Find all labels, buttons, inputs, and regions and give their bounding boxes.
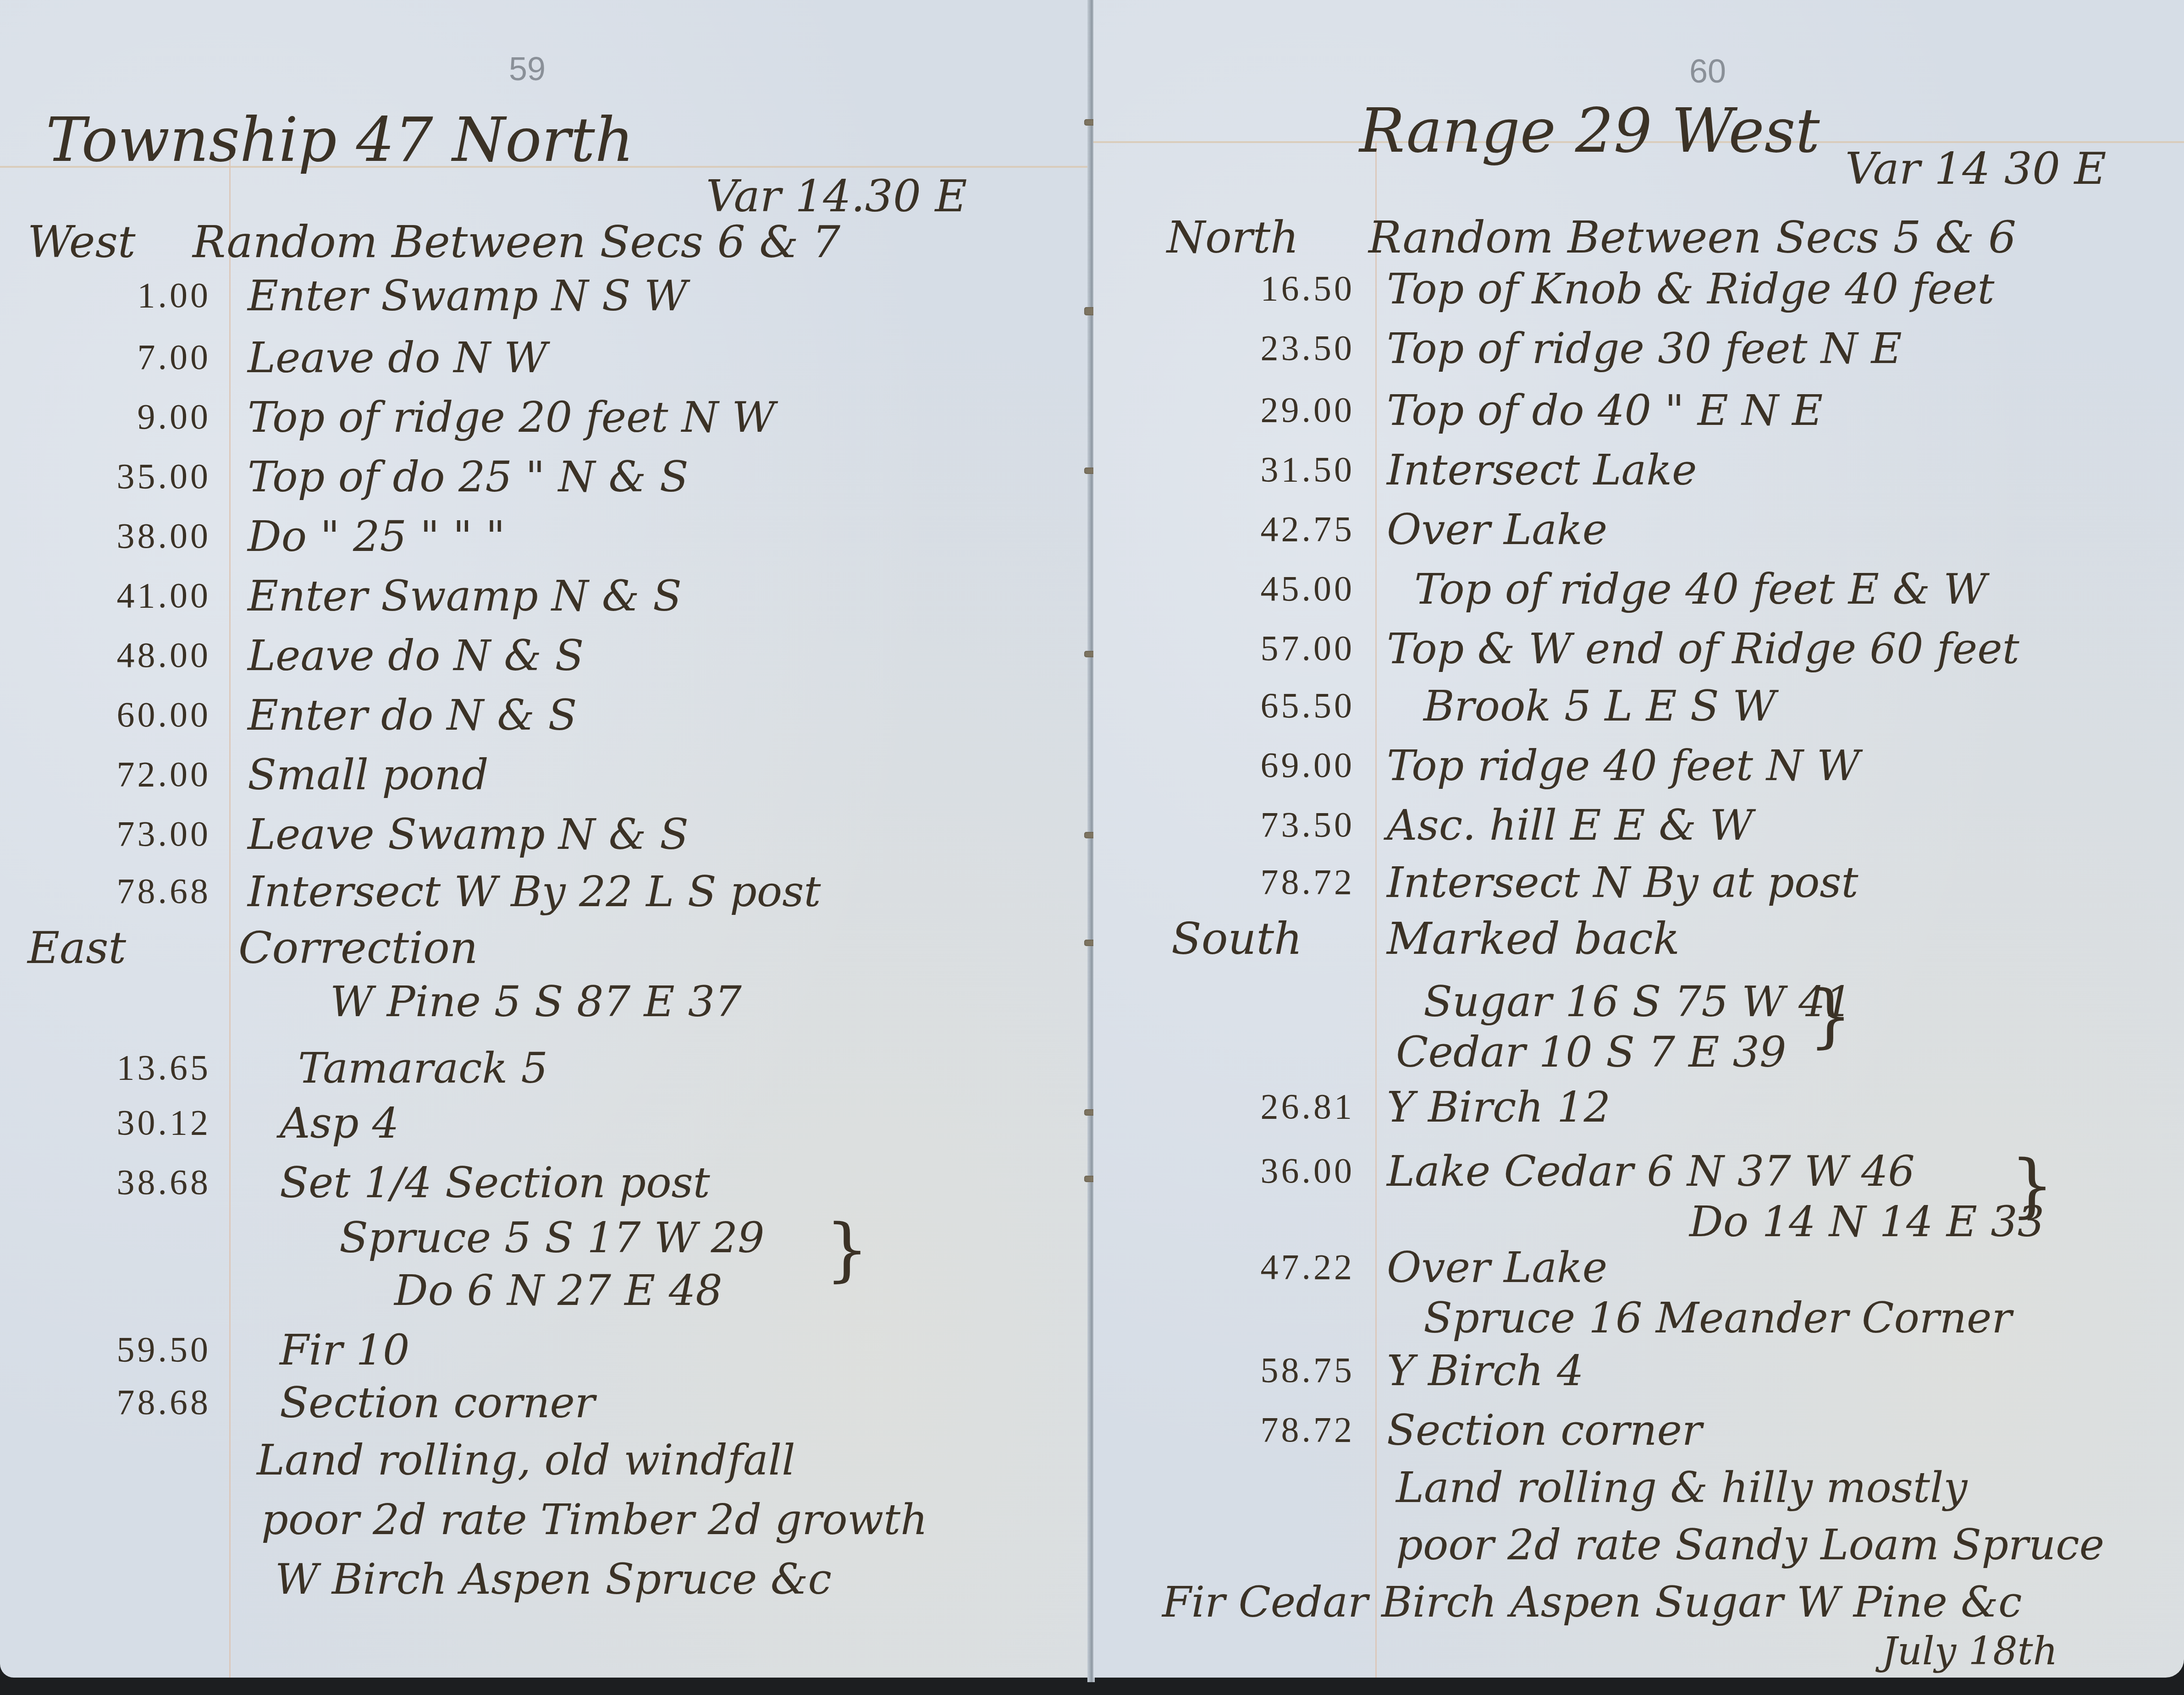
- margin-rule: [229, 147, 231, 1678]
- page-number: 60: [1689, 53, 1726, 90]
- entry-note: Top of ridge 20 feet N W: [248, 396, 775, 439]
- field-notebook-spread: 59 Township 47 North Var 14.30 E West Ra…: [0, 0, 2184, 1695]
- chain-value: 26.81: [1158, 1089, 1355, 1124]
- entry-note: Intersect N By at post: [1387, 862, 1859, 904]
- line-heading: Random Between Secs 5 & 6: [1368, 215, 2016, 259]
- entry-note: Y Birch 4: [1387, 1350, 1584, 1392]
- chain-value: 23.50: [1158, 330, 1355, 366]
- return-heading: Marked back: [1387, 917, 1680, 961]
- summary-line: poor 2d rate Timber 2d growth: [261, 1499, 928, 1541]
- bearing-tree-note: Cedar 10 S 7 E 39: [1396, 1031, 1787, 1073]
- chain-value: 78.72: [1158, 864, 1355, 900]
- summary-line: poor 2d rate Sandy Loam Spruce: [1396, 1524, 2104, 1566]
- chain-value: 57.00: [1158, 630, 1355, 666]
- entry-note: Over Lake: [1387, 1247, 1607, 1289]
- entry-note: Top of ridge 30 feet N E: [1387, 328, 1902, 370]
- summary-line: W Birch Aspen Spruce &c: [275, 1558, 832, 1601]
- entry-note: Enter do N & S: [248, 694, 577, 737]
- chain-value: 38.00: [14, 518, 211, 554]
- meander-corner-note: Spruce 16 Meander Corner: [1423, 1297, 2012, 1339]
- entry-note: Asp 4: [280, 1102, 399, 1145]
- entry-note: Y Birch 12: [1387, 1086, 1610, 1128]
- chain-value: 65.50: [1158, 688, 1355, 723]
- entry-note: Set 1/4 Section post: [280, 1162, 710, 1204]
- bracket-glyph: }: [2010, 1146, 2054, 1226]
- entry-note: Over Lake: [1387, 509, 1607, 551]
- entry-note: Section corner: [280, 1382, 595, 1424]
- entry-note: Top of do 40 " E N E: [1387, 390, 1823, 432]
- entry-note: Top of Knob & Ridge 40 feet: [1387, 268, 1994, 310]
- chain-value: 60.00: [14, 697, 211, 732]
- chain-value: 41.00: [14, 578, 211, 613]
- chain-value: 48.00: [14, 637, 211, 673]
- page-number: 59: [509, 50, 546, 88]
- chain-value: 29.00: [1158, 392, 1355, 428]
- entry-note: Brook 5 L E S W: [1423, 685, 1776, 727]
- bearing-tree-note: Spruce 5 S 17 W 29: [339, 1217, 765, 1259]
- chain-value: 31.50: [1158, 451, 1355, 487]
- chain-value: 36.00: [1158, 1153, 1355, 1189]
- chain-value: 72.00: [14, 756, 211, 792]
- chain-value: 78.68: [14, 873, 211, 909]
- bracket-glyph: }: [1809, 976, 1852, 1056]
- entry-note: Lake Cedar 6 N 37 W 46: [1387, 1150, 1915, 1193]
- chain-value: 30.12: [14, 1105, 211, 1140]
- chain-value: 78.72: [1158, 1412, 1355, 1447]
- entry-note: Small pond: [248, 754, 489, 796]
- bearing-tree-note: W Pine 5 S 87 E 37: [330, 981, 742, 1023]
- chain-value: 78.68: [14, 1384, 211, 1420]
- chain-value: 73.00: [14, 816, 211, 852]
- entry-note: Top of do 25 " N & S: [248, 456, 689, 498]
- chain-value: 9.00: [14, 399, 211, 435]
- bracket-glyph: }: [825, 1210, 869, 1290]
- entry-note: Top of ridge 40 feet E & W: [1414, 568, 1987, 611]
- bearing-tree-note: Sugar 16 S 75 W 41: [1423, 981, 1852, 1023]
- chain-value: 7.00: [14, 339, 211, 375]
- chain-value: 1.00: [14, 277, 211, 313]
- summary-line: Fir Cedar Birch Aspen Sugar W Pine &c: [1162, 1581, 2022, 1623]
- line-heading: Random Between Secs 6 & 7: [193, 220, 840, 264]
- entry-note: Enter Swamp N S W: [248, 275, 688, 317]
- summary-line: Land rolling & hilly mostly: [1396, 1467, 1967, 1509]
- chain-value: 73.50: [1158, 807, 1355, 842]
- bearing-tree-note: Do 6 N 27 E 48: [394, 1270, 722, 1312]
- entry-note: Do " 25 " " ": [248, 516, 505, 558]
- entry-note: Top ridge 40 feet N W: [1387, 745, 1860, 787]
- right-page: 60 Range 29 West Var 14 30 E North Rando…: [1093, 0, 2184, 1678]
- variation-note: Var 14.30 E: [706, 174, 967, 218]
- left-page: 59 Township 47 North Var 14.30 E West Ra…: [0, 0, 1089, 1678]
- entry-note: Tamarack 5: [298, 1047, 548, 1090]
- entry-note: Asc. hill E E & W: [1387, 804, 1753, 847]
- chain-value: 58.75: [1158, 1352, 1355, 1388]
- variation-note: Var 14 30 E: [1845, 147, 2107, 191]
- chain-value: 59.50: [14, 1332, 211, 1367]
- return-direction: South: [1171, 917, 1302, 961]
- line-direction: West: [28, 220, 136, 264]
- chain-value: 38.68: [14, 1164, 211, 1200]
- entry-note: Top & W end of Ridge 60 feet: [1387, 628, 2019, 670]
- page-title: Range 29 West: [1359, 101, 1820, 161]
- entry-note: Leave Swamp N & S: [248, 814, 689, 856]
- chain-value: 35.00: [14, 458, 211, 494]
- correction-direction: East: [28, 926, 126, 970]
- chain-value: 13.65: [14, 1050, 211, 1085]
- chain-value: 69.00: [1158, 747, 1355, 783]
- chain-value: 47.22: [1158, 1249, 1355, 1285]
- summary-line: Land rolling, old windfall: [257, 1439, 795, 1481]
- bearing-tree-note: Do 14 N 14 E 33: [1689, 1201, 2044, 1243]
- correction-heading: Correction: [238, 926, 478, 970]
- entry-note: Leave do N & S: [248, 635, 584, 677]
- entry-note: Intersect Lake: [1387, 449, 1697, 491]
- chain-value: 42.75: [1158, 511, 1355, 547]
- entry-date: July 18th: [1882, 1632, 2058, 1670]
- chain-value: 16.50: [1158, 270, 1355, 306]
- margin-rule: [1375, 141, 1377, 1678]
- page-title: Township 47 North: [46, 110, 634, 171]
- entry-note: Leave do N W: [248, 337, 547, 379]
- chain-value: 45.00: [1158, 571, 1355, 606]
- entry-note: Intersect W By 22 L S post: [248, 871, 821, 913]
- entry-note: Enter Swamp N & S: [248, 575, 682, 617]
- entry-note: Fir 10: [280, 1329, 410, 1371]
- line-direction: North: [1167, 215, 1299, 259]
- entry-note: Section corner: [1387, 1409, 1702, 1452]
